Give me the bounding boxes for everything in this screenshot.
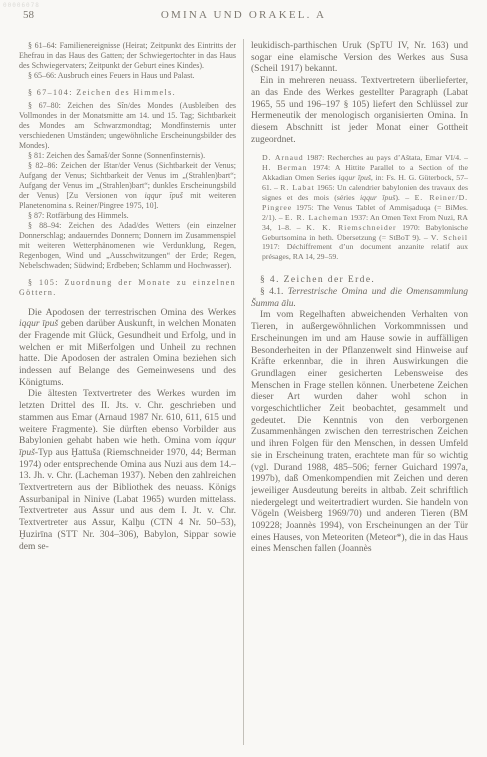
paragraph: Im vom Regelhaften abweichenden Verhalte… xyxy=(251,310,468,556)
bibliography-block: D. Arnaud 1987: Recherches au pays d’Ašt… xyxy=(262,153,468,262)
page-number: 58 xyxy=(23,9,34,21)
section-heading: § 4.1. Terrestrische Omina und die Omens… xyxy=(251,287,468,310)
paragraph: § 81: Zeichen des Šamaš/der Sonne (Sonne… xyxy=(19,151,236,161)
paragraph: § 87: Rotfärbung des Himmels. xyxy=(19,211,236,221)
paragraph: § 88–94: Zeichen des Adad/des Wetters (e… xyxy=(19,221,236,271)
paragraph: Ein in mehreren neuass. Textvertretern ü… xyxy=(251,76,468,146)
section-heading: § 105: Zuordnung der Monate zu einzelnen… xyxy=(19,278,236,299)
running-title: OMINA UND ORAKEL. A xyxy=(0,9,487,21)
paragraph: Die ältesten Textvertreter des Werkes wu… xyxy=(19,389,236,553)
paragraph: § 67–80: Zeichen des Sîn/des Mondes (Aus… xyxy=(19,101,236,151)
paragraph: § 65–66: Ausbruch eines Feuers in Haus u… xyxy=(19,71,236,81)
paragraph: § 61–64: Familienereignisse (Heirat; Zei… xyxy=(19,41,236,71)
text-columns: § 61–64: Familienereignisse (Heirat; Zei… xyxy=(0,39,487,757)
paragraph: leukidisch-parthischen Uruk (SpTU IV, Nr… xyxy=(251,41,468,76)
left-column: § 61–64: Familienereignisse (Heirat; Zei… xyxy=(19,41,236,757)
paragraph: § 82–86: Zeichen der Ištar/der Venus (Si… xyxy=(19,161,236,211)
right-column: leukidisch-parthischen Uruk (SpTU IV, Nr… xyxy=(251,41,468,757)
section-heading: § 67–104: Zeichen des Himmels. xyxy=(19,88,236,99)
page-header: 58 OMINA UND ORAKEL. A xyxy=(0,0,487,39)
section-heading: § 4. Zeichen der Erde. xyxy=(251,275,468,287)
paragraph: Die Apodosen der terrestrischen Omina de… xyxy=(19,308,236,390)
